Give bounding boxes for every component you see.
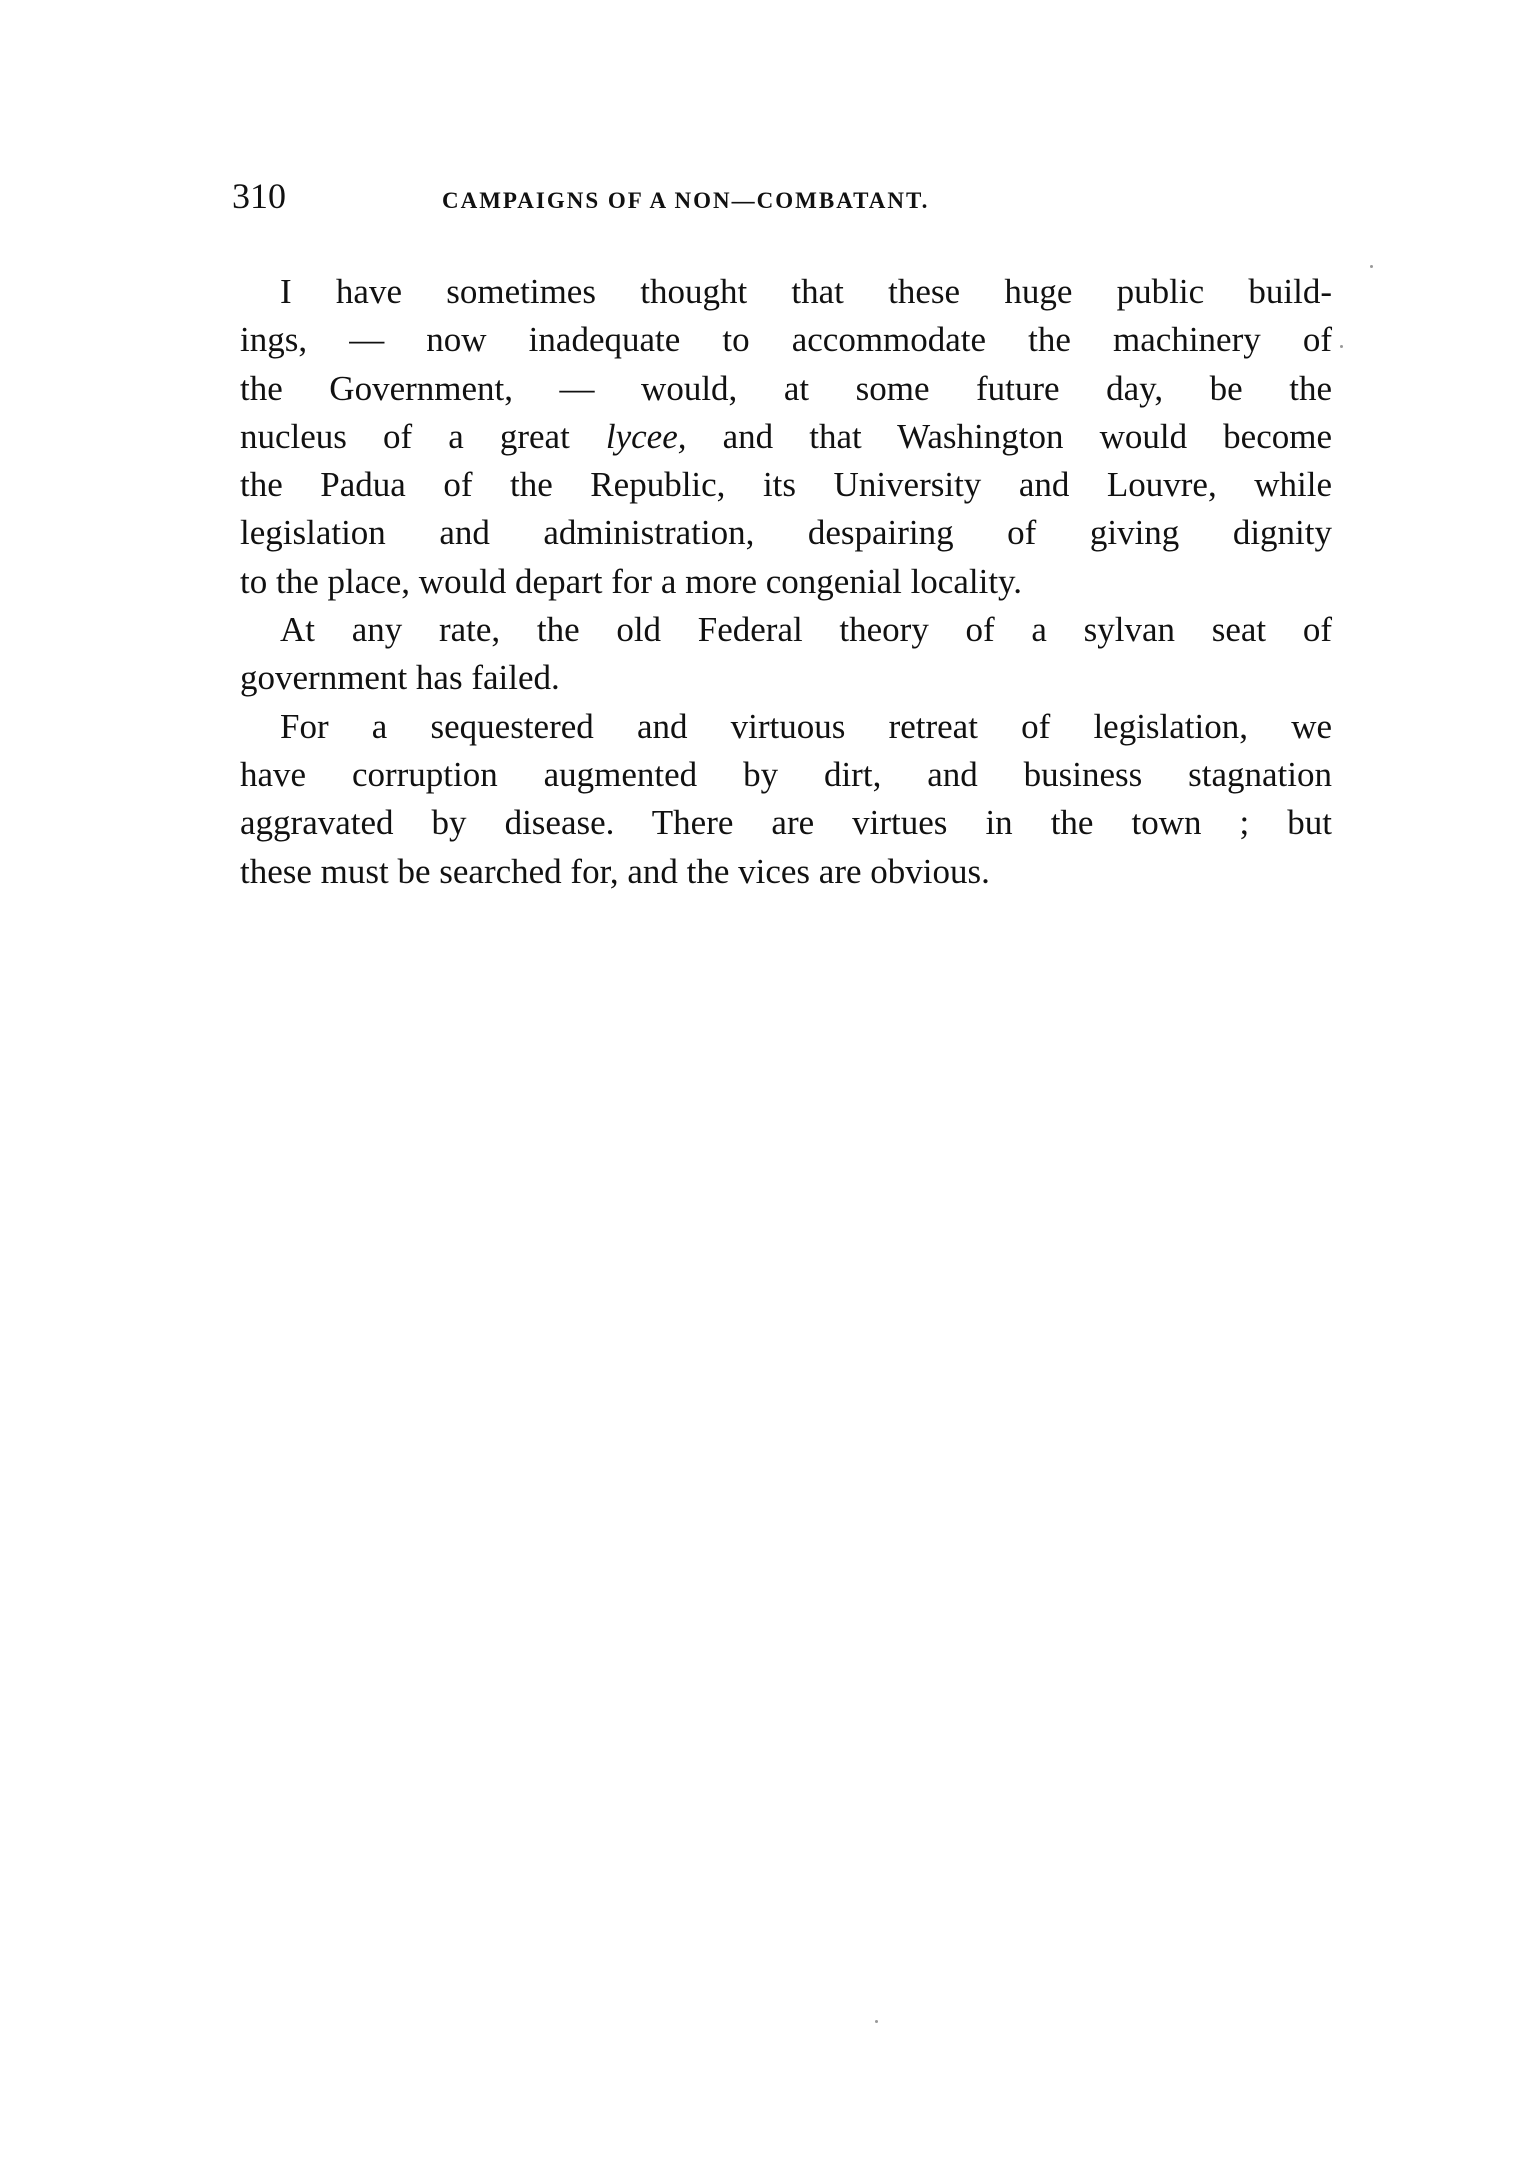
text-run: and that Washington would become xyxy=(687,417,1332,456)
text-line: government has failed. xyxy=(240,654,1332,702)
text-line: these must be searched for, and the vice… xyxy=(240,848,1332,896)
running-head: 310 CAMPAIGNS OF A NON—COMBATANT. xyxy=(232,176,1132,226)
text-line: the Government, — would, at some future … xyxy=(240,365,1332,413)
text-line: legislation and administration, despairi… xyxy=(240,509,1332,557)
text-line: For a sequestered and virtuous retreat o… xyxy=(240,703,1332,751)
page-number: 310 xyxy=(232,176,286,216)
text-line: ings, — now inadequate to accommodate th… xyxy=(240,316,1332,364)
text-line: to the place, would depart for a more co… xyxy=(240,558,1332,606)
scan-speck xyxy=(1340,345,1343,348)
text-line: the Padua of the Republic, its Universit… xyxy=(240,461,1332,509)
text-line: have corruption augmented by dirt, and b… xyxy=(240,751,1332,799)
italic-word-lycee: lycee, xyxy=(606,417,687,456)
text-line-with-italic: nucleus of a great lycee, and that Washi… xyxy=(240,413,1332,461)
text-run: nucleus of a great xyxy=(240,417,606,456)
text-line: I have sometimes thought that these huge… xyxy=(240,268,1332,316)
text-line: At any rate, the old Federal theory of a… xyxy=(240,606,1332,654)
scan-speck xyxy=(1370,265,1373,268)
book-page: 310 CAMPAIGNS OF A NON—COMBATANT. I have… xyxy=(0,0,1515,2182)
scan-speck xyxy=(875,2020,878,2023)
text-line: aggravated by disease. There are virtues… xyxy=(240,799,1332,847)
body-text: I have sometimes thought that these huge… xyxy=(240,268,1332,896)
running-title: CAMPAIGNS OF A NON—COMBATANT. xyxy=(442,186,929,216)
